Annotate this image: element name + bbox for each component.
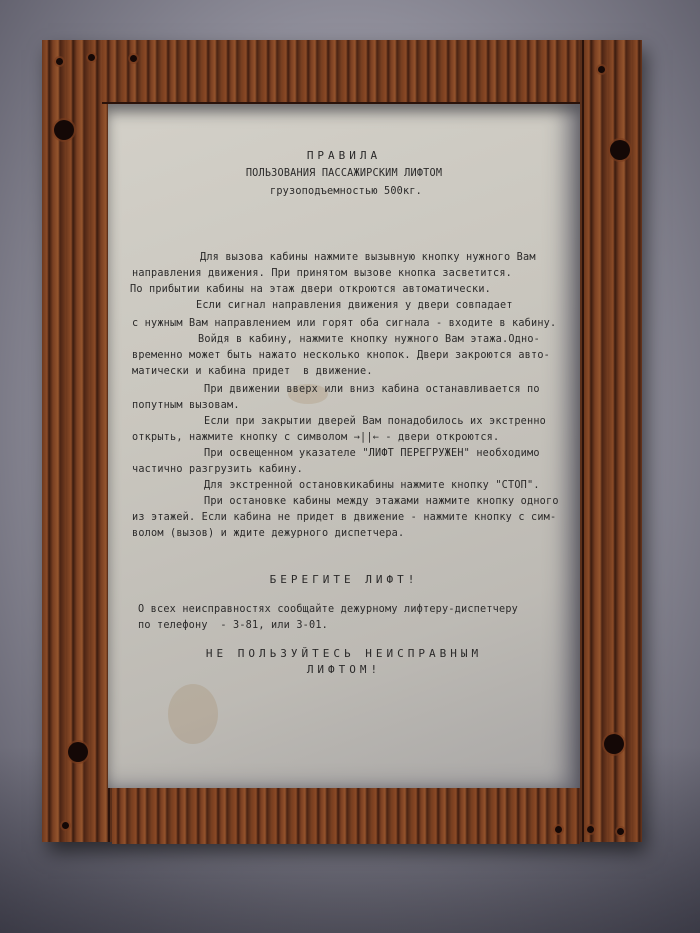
sign-subtitle: ПОЛЬЗОВАНИЯ ПАССАЖИРСКИМ ЛИФТОМ — [108, 166, 580, 182]
rule-line: Если при закрытии дверей Вам понадобилос… — [204, 414, 546, 430]
rule-line: При остановке кабины между этажами нажми… — [204, 494, 559, 510]
rule-line: частично разгрузить кабину. — [132, 462, 303, 478]
final-warning: НЕ ПОЛЬЗУЙТЕСЬ НЕИСПРАВНЫМ — [108, 646, 580, 662]
rule-line: Для экстренной остановкикабины нажмите к… — [204, 478, 540, 494]
screw-hole — [610, 140, 630, 160]
frame-bottom-bar — [112, 786, 580, 844]
report-line: по телефону - 3-81, или 3-01. — [138, 618, 328, 634]
rule-line: Для вызова кабины нажмите вызывную кнопк… — [200, 250, 536, 266]
frame-top-bar — [102, 40, 580, 104]
rule-line: Если сигнал направления движения у двери… — [196, 298, 513, 314]
rule-line: При освещенном указателе "ЛИФТ ПЕРЕГРУЖЕ… — [204, 446, 540, 462]
screw-hole — [54, 120, 74, 140]
nail-hole — [587, 826, 594, 833]
nail-hole — [88, 54, 95, 61]
rule-line: По прибытии кабины на этаж двери откроют… — [130, 282, 491, 298]
rule-line: попутным вызовам. — [132, 398, 240, 414]
rule-line: волом (вызов) и ждите дежурного диспетче… — [132, 526, 404, 542]
rule-line: Войдя в кабину, нажмите кнопку нужного В… — [198, 332, 540, 348]
nail-hole — [598, 66, 605, 73]
rule-line: с нужным Вам направлением или горят оба … — [132, 316, 556, 332]
final-warning: ЛИФТОМ! — [108, 662, 580, 678]
rules-sheet: ПРАВИЛА ПОЛЬЗОВАНИЯ ПАССАЖИРСКИМ ЛИФТОМ … — [108, 104, 580, 788]
rule-line: временно может быть нажато несколько кно… — [132, 348, 550, 364]
sign-title: ПРАВИЛА — [108, 148, 580, 164]
rule-line: направления движения. При принятом вызов… — [132, 266, 512, 282]
report-line: О всех неисправностях сообщайте дежурном… — [138, 602, 518, 618]
warning-heading: БЕРЕГИТЕ ЛИФТ! — [108, 572, 580, 588]
nail-hole — [62, 822, 69, 829]
screw-hole — [604, 734, 624, 754]
nail-hole — [555, 826, 562, 833]
nail-hole — [56, 58, 63, 65]
rule-line: При движении вверх или вниз кабина остан… — [204, 382, 540, 398]
nail-hole — [617, 828, 624, 835]
screw-hole — [68, 742, 88, 762]
sign-capacity: грузоподъемностью 500кг. — [270, 184, 422, 200]
rule-line: матически и кабина придет в движение. — [132, 364, 373, 380]
frame-right-bar — [582, 40, 642, 842]
frame-left-bar — [42, 40, 110, 842]
rule-line: из этажей. Если кабина не придет в движе… — [132, 510, 556, 526]
paper-stain — [168, 684, 218, 744]
nail-hole — [130, 55, 137, 62]
rule-line: открыть, нажмите кнопку с символом →||← … — [132, 430, 499, 446]
